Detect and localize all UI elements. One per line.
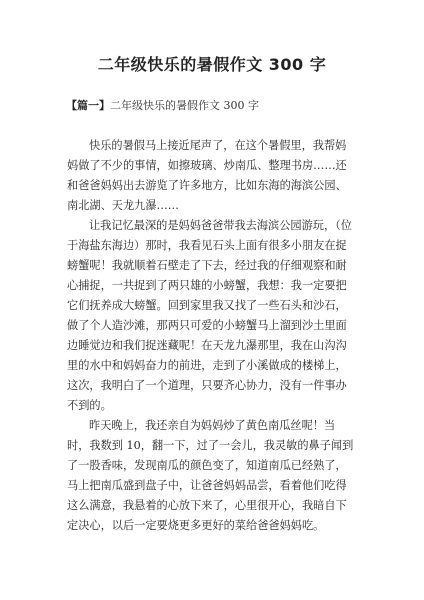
text-line: 不到的。 [67,396,359,416]
text-line: 边睡觉边和我们捉迷藏呢！在天龙九瀑那里，我在山沟沟 [67,336,359,356]
section-title: 二年级快乐的暑假作文 300 字 [110,99,259,112]
paragraph-3: 昨天晚上，我还亲自为妈妈炒了黄色南瓜丝呢！当 时，我数到 10，翻一下，过了一会… [67,416,359,536]
document-page: 二年级快乐的暑假作文 300 字 【篇一】二年级快乐的暑假作文 300 字 快乐… [0,0,424,600]
text-line: 时，我数到 10，翻一下，过了一会儿，我灵敏的鼻子闻到 [67,436,359,456]
section-heading: 【篇一】二年级快乐的暑假作文 300 字 [66,97,259,113]
text-line: 快乐的暑假马上接近尾声了，在这个暑假里，我帮妈 [67,136,359,156]
text-line: 定决心，以后一定要烧更多更好的菜给爸爸妈妈吃。 [67,516,359,536]
section-tag: 【篇一】 [66,99,110,112]
text-line: 于海盐东海边）那时，我看见石头上面有很多小朋友在捉 [67,236,359,256]
text-line: 南北湖、天龙九瀑…… [67,196,359,216]
document-title: 二年级快乐的暑假作文 300 字 [0,52,424,75]
text-line: 和爸爸妈妈出去游览了许多地方，比如东海的海滨公园、 [67,176,359,196]
text-line: 它们抚养成大螃蟹。回到家里我又找了一些石头和沙石， [67,296,359,316]
text-line: 这次，我明白了一个道理，只要齐心协力，没有一件事办 [67,376,359,396]
text-line: 做了个人造沙滩，那两只可爱的小螃蟹马上溜到沙土里面 [67,316,359,336]
text-line: 马上把南瓜盛到盘子中，让爸爸妈妈品尝，看着他们吃得 [67,476,359,496]
text-line: 让我记忆最深的是妈妈爸爸带我去海滨公园游玩，（位 [67,216,359,236]
text-line: 心捕捉，一共捉到了两只雄的小螃蟹，我想：我一定要把 [67,276,359,296]
text-line: 妈做了不少的事情，如擦玻璃、炒南瓜、整理书房……还 [67,156,359,176]
paragraph-2: 让我记忆最深的是妈妈爸爸带我去海滨公园游玩，（位 于海盐东海边）那时，我看见石头… [67,216,359,416]
text-line: 了一股香味，发现南瓜的颜色变了，知道南瓜已经熟了， [67,456,359,476]
text-line: 这么满意，我悬着的心放下来了，心里很开心，我暗自下 [67,496,359,516]
essay-body: 快乐的暑假马上接近尾声了，在这个暑假里，我帮妈 妈做了不少的事情，如擦玻璃、炒南… [67,136,359,536]
text-line: 昨天晚上，我还亲自为妈妈炒了黄色南瓜丝呢！当 [67,416,359,436]
text-line: 螃蟹呢！我就顺着石壁走了下去，经过我的仔细观察和耐 [67,256,359,276]
text-line: 里的水中和妈妈奋力的前进，走到了小溪做成的楼梯上， [67,356,359,376]
paragraph-1: 快乐的暑假马上接近尾声了，在这个暑假里，我帮妈 妈做了不少的事情，如擦玻璃、炒南… [67,136,359,216]
